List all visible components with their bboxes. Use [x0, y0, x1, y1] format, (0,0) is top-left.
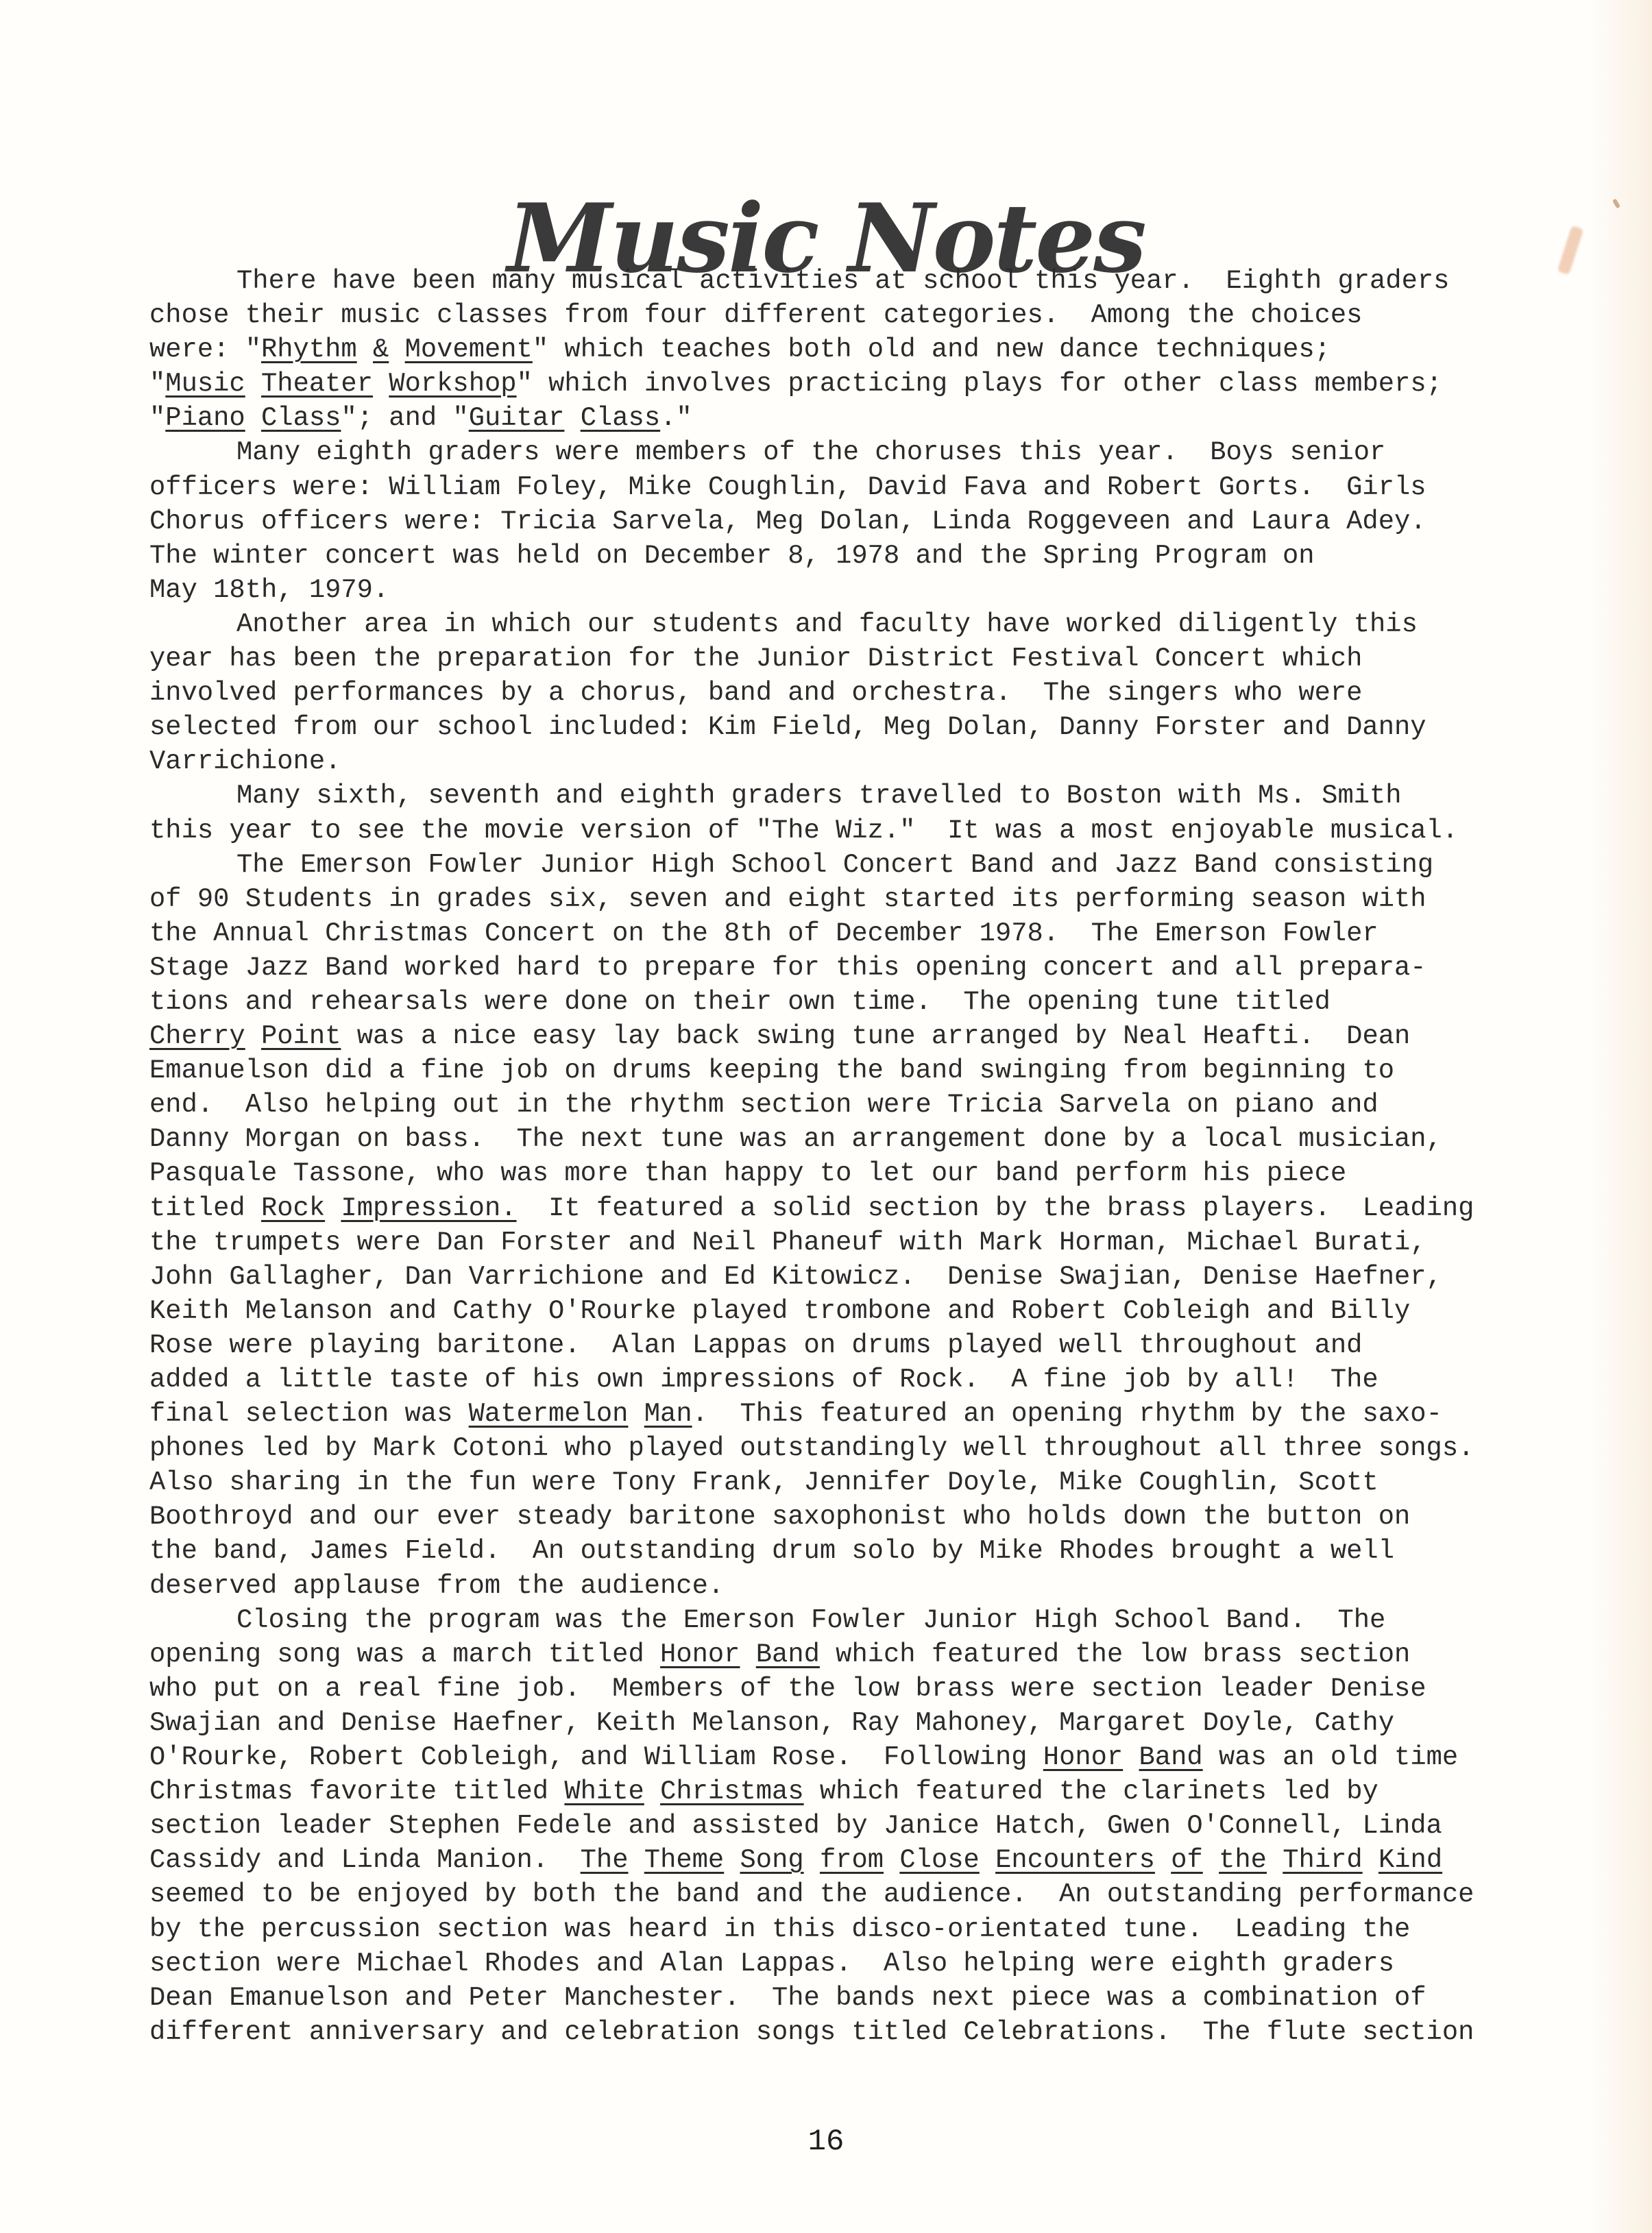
- text-segment: [1363, 1845, 1378, 1875]
- text-segment: Closing the program was the Emerson Fowl…: [236, 1605, 1385, 1635]
- underlined-title-word: Impression.: [341, 1193, 516, 1223]
- underlined-title-word: Band: [1139, 1742, 1203, 1772]
- text-segment: Emanuelson did a fine job on drums keepi…: [149, 1056, 1394, 1086]
- text-segment: of 90 Students in grades six, seven and …: [149, 884, 1426, 914]
- underlined-title-word: Kind: [1378, 1845, 1442, 1875]
- page-number: 16: [0, 2125, 1652, 2159]
- text-segment: [245, 369, 261, 399]
- text-line: involved performances by a chorus, band …: [149, 676, 1474, 710]
- text-line: May 18th, 1979.: [149, 573, 1474, 607]
- underlined-title-word: Piano: [165, 403, 245, 433]
- text-segment: final selection was: [149, 1399, 469, 1429]
- text-segment: section leader Stephen Fedele and assist…: [149, 1811, 1442, 1841]
- text-segment: Swajian and Denise Haefner, Keith Melans…: [149, 1708, 1394, 1738]
- underlined-title-word: White: [564, 1777, 644, 1807]
- text-segment: ": [149, 403, 165, 433]
- text-line: Emanuelson did a fine job on drums keepi…: [149, 1053, 1474, 1088]
- underlined-title-word: Class: [261, 403, 341, 433]
- underlined-title-word: Movement: [405, 334, 533, 365]
- text-line: by the percussion section was heard in t…: [149, 1912, 1474, 1947]
- text-segment: The Emerson Fowler Junior High School Co…: [236, 850, 1433, 880]
- text-line: of 90 Students in grades six, seven and …: [149, 882, 1474, 916]
- text-line: Cassidy and Linda Manion. The Theme Song…: [149, 1843, 1474, 1877]
- paragraph-first-line: Many eighth graders were members of the …: [149, 435, 1474, 469]
- text-segment: "; and ": [341, 403, 468, 433]
- text-segment: [740, 1639, 755, 1670]
- text-segment: which featured the clarinets led by: [804, 1777, 1378, 1807]
- text-segment: deserved applause from the audience.: [149, 1571, 724, 1601]
- text-segment: Many eighth graders were members of the …: [236, 437, 1385, 467]
- text-segment: involved performances by a chorus, band …: [149, 678, 1362, 708]
- text-segment: the trumpets were Dan Forster and Neil P…: [149, 1228, 1426, 1258]
- text-segment: Varrichione.: [149, 746, 341, 777]
- text-line: tions and rehearsals were done on their …: [149, 985, 1474, 1019]
- text-line: seemed to be enjoyed by both the band an…: [149, 1877, 1474, 1912]
- text-line: Cherry Point was a nice easy lay back sw…: [149, 1019, 1474, 1053]
- text-line: deserved applause from the audience.: [149, 1569, 1474, 1603]
- text-line: Chorus officers were: Tricia Sarvela, Me…: [149, 504, 1474, 539]
- text-segment: Dean Emanuelson and Peter Manchester. Th…: [149, 1983, 1426, 2013]
- text-segment: Keith Melanson and Cathy O'Rourke played…: [149, 1296, 1410, 1326]
- text-segment: [644, 1777, 660, 1807]
- text-line: were: "Rhythm & Movement" which teaches …: [149, 332, 1474, 367]
- text-segment: [1123, 1742, 1139, 1772]
- text-segment: seemed to be enjoyed by both the band an…: [149, 1879, 1474, 1909]
- underlined-title-word: the: [1219, 1845, 1267, 1875]
- underlined-title-word: Rhythm: [261, 334, 357, 365]
- text-line: officers were: William Foley, Mike Cough…: [149, 470, 1474, 504]
- text-segment: was a nice easy lay back swing tune arra…: [341, 1021, 1410, 1051]
- text-line: "Music Theater Workshop" which involves …: [149, 367, 1474, 401]
- text-line: phones led by Mark Cotoni who played out…: [149, 1431, 1474, 1465]
- text-segment: [564, 403, 580, 433]
- underlined-title-word: Theme: [644, 1845, 724, 1875]
- underlined-title-word: Christmas: [660, 1777, 804, 1807]
- underlined-title-word: Theater: [261, 369, 373, 399]
- text-line: chose their music classes from four diff…: [149, 298, 1474, 332]
- text-segment: by the percussion section was heard in t…: [149, 1914, 1410, 1944]
- text-segment: chose their music classes from four diff…: [149, 300, 1362, 330]
- underlined-title-word: Guitar: [469, 403, 565, 433]
- text-segment: [357, 334, 373, 365]
- text-line: The winter concert was held on December …: [149, 539, 1474, 573]
- text-segment: [804, 1845, 820, 1875]
- text-segment: Christmas favorite titled: [149, 1777, 564, 1807]
- text-line: added a little taste of his own impressi…: [149, 1363, 1474, 1397]
- text-segment: " which involves practicing plays for ot…: [517, 369, 1442, 399]
- text-line: Christmas favorite titled White Christma…: [149, 1774, 1474, 1809]
- text-segment: who put on a real fine job. Members of t…: [149, 1674, 1426, 1704]
- text-segment: There have been many musical activities …: [236, 266, 1449, 296]
- text-segment: Another area in which our students and f…: [236, 609, 1418, 639]
- text-segment: the band, James Field. An outstanding dr…: [149, 1536, 1394, 1566]
- text-segment: Chorus officers were: Tricia Sarvela, Me…: [149, 507, 1426, 537]
- text-line: selected from our school included: Kim F…: [149, 710, 1474, 744]
- underlined-title-word: &: [373, 334, 389, 365]
- text-segment: May 18th, 1979.: [149, 575, 389, 605]
- text-line: Also sharing in the fun were Tony Frank,…: [149, 1465, 1474, 1500]
- text-segment: [628, 1845, 644, 1875]
- text-line: the trumpets were Dan Forster and Neil P…: [149, 1225, 1474, 1260]
- text-line: different anniversary and celebration so…: [149, 2015, 1474, 2049]
- text-line: Rose were playing baritone. Alan Lappas …: [149, 1328, 1474, 1363]
- text-line: Swajian and Denise Haefner, Keith Melans…: [149, 1706, 1474, 1740]
- text-line: this year to see the movie version of "T…: [149, 814, 1474, 848]
- text-segment: which featured the low brass section: [820, 1639, 1410, 1670]
- text-segment: tions and rehearsals were done on their …: [149, 987, 1331, 1017]
- text-segment: Danny Morgan on bass. The next tune was …: [149, 1124, 1442, 1154]
- page-edge-shading: [1590, 0, 1652, 2233]
- text-segment: [884, 1845, 899, 1875]
- text-line: year has been the preparation for the Ju…: [149, 642, 1474, 676]
- text-line: Stage Jazz Band worked hard to prepare f…: [149, 951, 1474, 985]
- text-segment: [373, 369, 389, 399]
- text-segment: the Annual Christmas Concert on the 8th …: [149, 918, 1378, 949]
- underlined-title-word: of: [1171, 1845, 1203, 1875]
- underlined-title-word: Band: [756, 1639, 820, 1670]
- text-line: end. Also helping out in the rhythm sect…: [149, 1088, 1474, 1122]
- text-line: Danny Morgan on bass. The next tune was …: [149, 1122, 1474, 1156]
- text-segment: [724, 1845, 740, 1875]
- underlined-title-word: Man: [644, 1399, 692, 1429]
- text-line: final selection was Watermelon Man. This…: [149, 1397, 1474, 1431]
- text-segment: added a little taste of his own impressi…: [149, 1365, 1378, 1395]
- text-segment: end. Also helping out in the rhythm sect…: [149, 1090, 1378, 1120]
- text-segment: was an old time: [1203, 1742, 1459, 1772]
- text-segment: Many sixth, seventh and eighth graders t…: [236, 781, 1402, 811]
- text-segment: .": [660, 403, 692, 433]
- text-segment: John Gallagher, Dan Varrichione and Ed K…: [149, 1262, 1442, 1292]
- text-segment: ": [149, 369, 165, 399]
- text-segment: Rose were playing baritone. Alan Lappas …: [149, 1330, 1362, 1360]
- text-line: Keith Melanson and Cathy O'Rourke played…: [149, 1294, 1474, 1328]
- underlined-title-word: Honor: [660, 1639, 740, 1670]
- text-segment: different anniversary and celebration so…: [149, 2017, 1474, 2047]
- text-line: Pasquale Tassone, who was more than happ…: [149, 1156, 1474, 1191]
- text-line: "Piano Class"; and "Guitar Class.": [149, 401, 1474, 435]
- text-segment: Pasquale Tassone, who was more than happ…: [149, 1158, 1346, 1188]
- text-segment: It featured a solid section by the brass…: [517, 1193, 1474, 1223]
- text-line: Boothroyd and our ever steady baritone s…: [149, 1500, 1474, 1534]
- text-line: section were Michael Rhodes and Alan Lap…: [149, 1947, 1474, 1981]
- text-segment: this year to see the movie version of "T…: [149, 816, 1458, 846]
- text-segment: selected from our school included: Kim F…: [149, 712, 1426, 742]
- underlined-title-word: Workshop: [389, 369, 516, 399]
- text-line: the Annual Christmas Concert on the 8th …: [149, 916, 1474, 951]
- text-segment: . This featured an opening rhythm by the…: [692, 1399, 1442, 1429]
- text-segment: Also sharing in the fun were Tony Frank,…: [149, 1467, 1378, 1498]
- text-line: section leader Stephen Fedele and assist…: [149, 1809, 1474, 1843]
- underlined-title-word: Watermelon: [469, 1399, 629, 1429]
- text-segment: Cassidy and Linda Manion.: [149, 1845, 581, 1875]
- text-segment: The winter concert was held on December …: [149, 541, 1315, 571]
- text-line: Varrichione.: [149, 744, 1474, 779]
- text-segment: were: ": [149, 334, 261, 365]
- paragraph-first-line: The Emerson Fowler Junior High School Co…: [149, 848, 1474, 882]
- underlined-title-word: Encounters: [995, 1845, 1155, 1875]
- text-segment: year has been the preparation for the Ju…: [149, 644, 1362, 674]
- article-body: There have been many musical activities …: [149, 264, 1474, 2049]
- text-segment: [389, 334, 404, 365]
- paragraph-first-line: Another area in which our students and f…: [149, 607, 1474, 642]
- underlined-title-word: Point: [261, 1021, 341, 1051]
- text-segment: section were Michael Rhodes and Alan Lap…: [149, 1949, 1394, 1979]
- text-line: opening song was a march titled Honor Ba…: [149, 1637, 1474, 1672]
- text-segment: titled: [149, 1193, 261, 1223]
- text-segment: O'Rourke, Robert Cobleigh, and William R…: [149, 1742, 1043, 1772]
- underlined-title-word: from: [820, 1845, 884, 1875]
- underlined-title-word: Song: [740, 1845, 804, 1875]
- text-segment: Stage Jazz Band worked hard to prepare f…: [149, 953, 1426, 983]
- text-segment: [1155, 1845, 1171, 1875]
- text-segment: Boothroyd and our ever steady baritone s…: [149, 1502, 1410, 1532]
- text-segment: [1267, 1845, 1283, 1875]
- underlined-title-word: The: [581, 1845, 629, 1875]
- underlined-title-word: Music: [165, 369, 245, 399]
- paragraph-first-line: Closing the program was the Emerson Fowl…: [149, 1603, 1474, 1637]
- text-segment: [1203, 1845, 1219, 1875]
- text-line: titled Rock Impression. It featured a so…: [149, 1191, 1474, 1225]
- text-segment: opening song was a march titled: [149, 1639, 660, 1670]
- text-segment: officers were: William Foley, Mike Cough…: [149, 472, 1426, 502]
- underlined-title-word: Third: [1283, 1845, 1362, 1875]
- text-line: O'Rourke, Robert Cobleigh, and William R…: [149, 1740, 1474, 1774]
- underlined-title-word: Cherry: [149, 1021, 245, 1051]
- paragraph-first-line: There have been many musical activities …: [149, 264, 1474, 298]
- text-segment: [628, 1399, 644, 1429]
- text-line: who put on a real fine job. Members of t…: [149, 1672, 1474, 1706]
- paragraph-first-line: Many sixth, seventh and eighth graders t…: [149, 779, 1474, 813]
- text-segment: [325, 1193, 341, 1223]
- underlined-title-word: Close: [899, 1845, 979, 1875]
- text-segment: phones led by Mark Cotoni who played out…: [149, 1433, 1474, 1463]
- text-line: the band, James Field. An outstanding dr…: [149, 1534, 1474, 1568]
- text-line: Dean Emanuelson and Peter Manchester. Th…: [149, 1981, 1474, 2015]
- underlined-title-word: Class: [581, 403, 660, 433]
- underlined-title-word: Honor: [1043, 1742, 1123, 1772]
- text-line: John Gallagher, Dan Varrichione and Ed K…: [149, 1260, 1474, 1294]
- text-segment: [245, 403, 261, 433]
- text-segment: [980, 1845, 995, 1875]
- text-segment: " which teaches both old and new dance t…: [533, 334, 1331, 365]
- underlined-title-word: Rock: [261, 1193, 325, 1223]
- text-segment: [245, 1021, 261, 1051]
